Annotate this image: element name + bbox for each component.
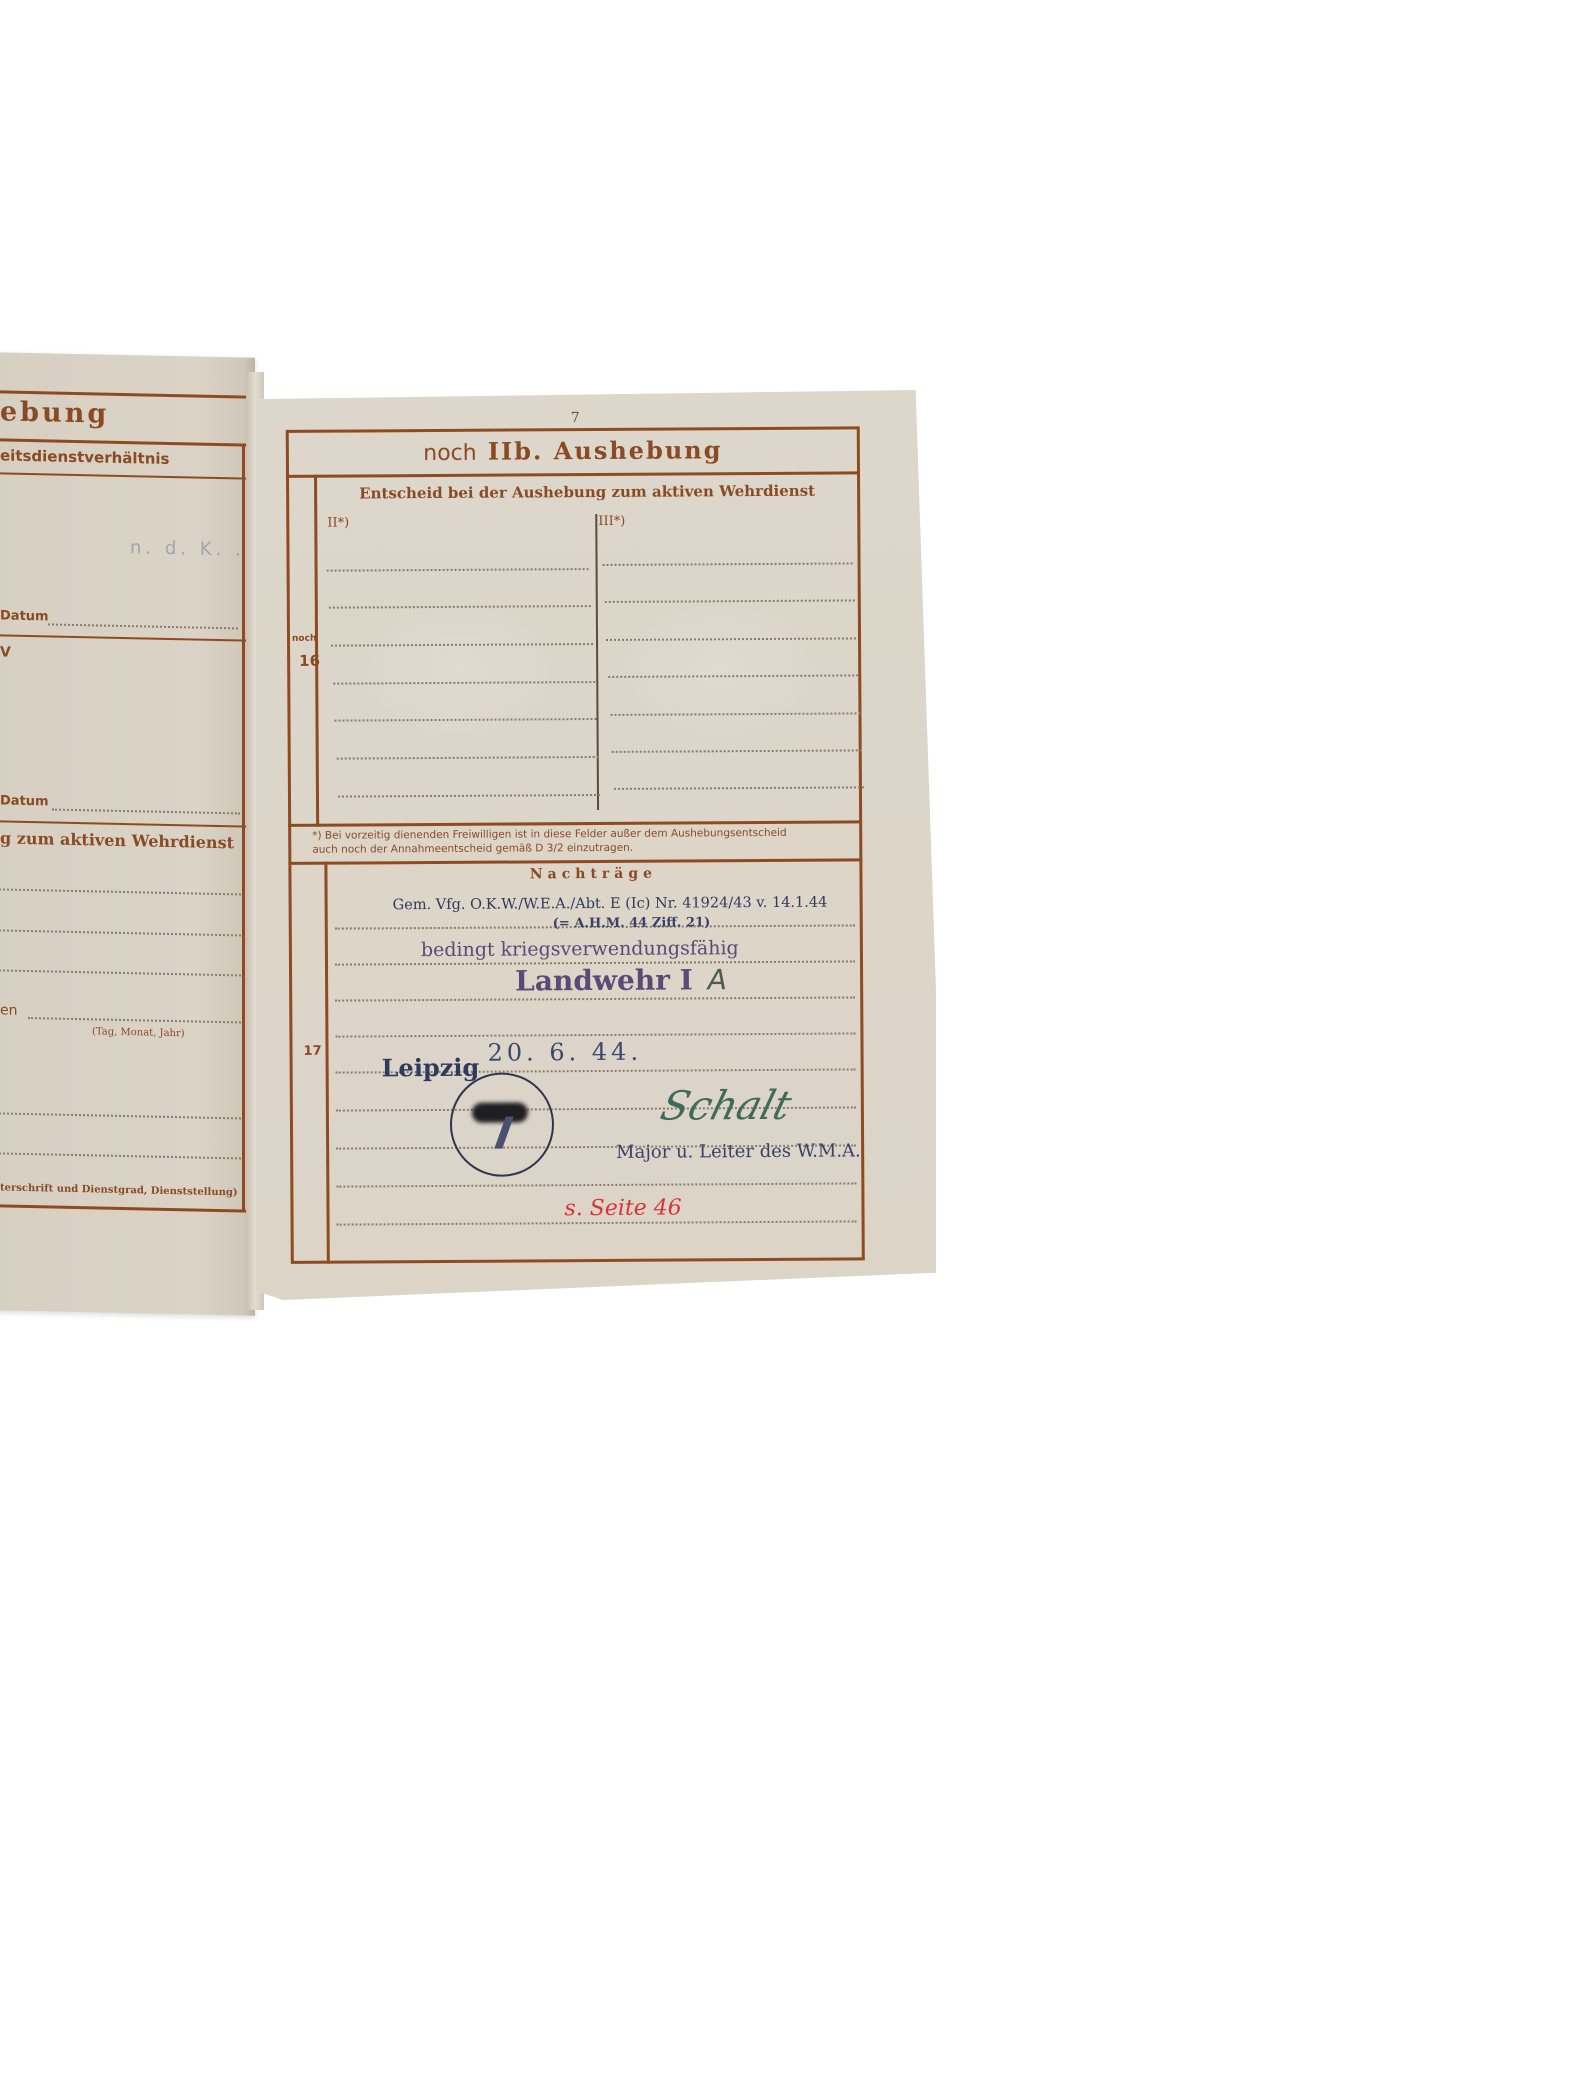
signature-title-stamp: Major u. Leiter des W.M.A. [616, 1140, 861, 1162]
section-16-heading: Entscheid bei der Aushebung zum aktiven … [317, 481, 857, 502]
handwritten-signature: Schalt [656, 1083, 796, 1130]
row-number-16: 16 [299, 652, 320, 670]
right-page-content: 7 noch IIb. Aushebung Entscheid bei der … [0, 0, 1575, 2100]
official-round-stamp [450, 1072, 555, 1177]
footnote-line-2: auch noch der Annahmeentscheid gemäß D 3… [312, 842, 633, 856]
title-prefix: noch [423, 441, 477, 466]
section-17-heading: Nachträge [328, 864, 858, 883]
page-number: 7 [571, 410, 580, 426]
stamp-line-ahm: (= A.H.M. 44 Ziff. 21) [553, 915, 711, 931]
eagle-watermark-icon [619, 599, 820, 740]
stamp-eagle-icon [464, 1086, 536, 1158]
col-ii-label: II*) [327, 516, 349, 531]
stamp-line-landwehr: Landwehr I A [515, 963, 727, 997]
landwehr-print: Landwehr I [515, 963, 693, 997]
stamp-line-regulation: Gem. Vfg. O.K.W./W.E.A./Abt. E (Ic) Nr. … [393, 895, 828, 914]
landwehr-handwritten: A [708, 963, 727, 996]
page-title: noch IIb. Aushebung [286, 434, 860, 467]
row-prefix-noch: noch [292, 634, 316, 644]
row-number-17: 17 [303, 1044, 321, 1059]
red-page-reference-note: s. Seite 46 [564, 1196, 681, 1222]
stamp-line-fitness: bedingt kriegsverwendungsfähig [421, 937, 739, 961]
official-stamp-text: Wehrmeldeamt Leipzig 3 [442, 1178, 567, 1190]
date-stamp: 20. 6. 44. [487, 1038, 642, 1067]
place-stamp: Leipzig [382, 1053, 480, 1083]
title-main: IIb. Aushebung [488, 435, 723, 465]
col-iii-label: III*) [598, 514, 625, 529]
redacted-emblem [472, 1102, 528, 1122]
